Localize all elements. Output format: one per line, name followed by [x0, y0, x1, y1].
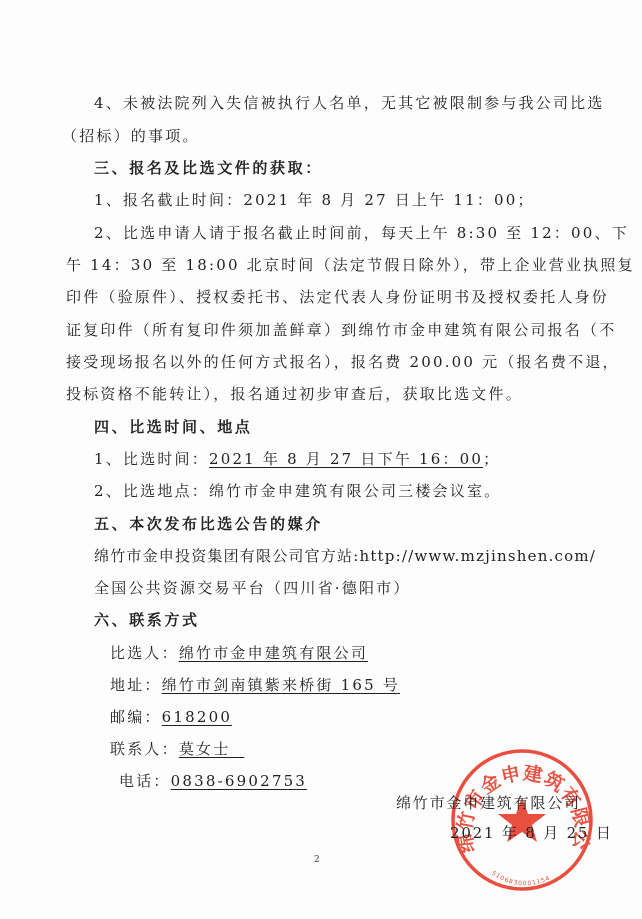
phone-label: 电话：: [119, 772, 171, 790]
bid-time-value: 2021 年 8 月 27 日下午 16：00: [209, 450, 483, 468]
tenderer-value: 绵竹市金申建筑有限公司: [179, 644, 368, 662]
paragraph-item4-line2: （招标）的事项。: [62, 126, 200, 146]
signature-date: 2021 年 8 月 25 日: [450, 822, 613, 843]
tenderer-label: 比选人：: [110, 644, 179, 662]
section-6-heading: 六、联系方式: [94, 610, 200, 630]
section-3-item-1: 1、报名截止时间：2021 年 8 月 27 日上午 11：00；: [94, 190, 535, 210]
person-value: 莫女士: [179, 740, 231, 758]
paragraph-item4-line1: 4、未被法院列入失信被执行人名单，无其它被限制参与我公司比选: [94, 93, 605, 113]
address-value: 绵竹市剑南镇紫来桥街 165 号: [162, 676, 400, 694]
company-seal-icon: 绵竹市金申建筑有限公司 5106830001154: [447, 745, 597, 895]
signature-company: 绵竹市金申建筑有限公司: [396, 792, 581, 813]
phone-value: 0838-6902753: [171, 772, 307, 790]
section-3-item-2-line5: 接受现场报名以外的任何方式报名），报名费 200.00 元（报名费不退，: [66, 352, 620, 372]
section-3-heading: 三、报名及比选文件的获取：: [94, 158, 323, 178]
bid-time-end: ；: [483, 450, 500, 468]
contact-address: 地址：绵竹市剑南镇紫来桥街 165 号: [110, 675, 400, 695]
postcode-label: 邮编：: [110, 708, 162, 726]
section-3-item-2-line3: 印件（验原件）、授权委托书、法定代表人身份证明书及授权委托人身份: [66, 287, 609, 307]
section-5-website: 绵竹市金申投资集团有限公司官方站:http://www.mzjinshen.co…: [94, 546, 596, 566]
section-3-item-2-line4: 证复印件（所有复印件须加盖鲜章）到绵竹市金申建筑有限公司报名（不: [66, 320, 616, 340]
section-3-item-2-line2: 午 14：30 至 18:00 北京时间（法定节假日除外），带上企业营业执照复: [66, 255, 635, 275]
section-4-item-1: 1、比选时间：2021 年 8 月 27 日下午 16：00；: [94, 449, 500, 469]
postcode-value: 618200: [162, 708, 232, 726]
document-page: 4、未被法院列入失信被执行人名单，无其它被限制参与我公司比选 （招标）的事项。 …: [0, 0, 642, 919]
section-5-heading: 五、本次发布比选公告的媒介: [94, 514, 323, 534]
section-4-heading: 四、比选时间、地点: [94, 417, 252, 437]
contact-tenderer: 比选人：绵竹市金申建筑有限公司: [110, 643, 368, 663]
section-4-item-2: 2、比选地点：绵竹市金申建筑有限公司三楼会议室。: [94, 481, 501, 501]
bid-time-label: 1、比选时间：: [94, 450, 209, 468]
person-label: 联系人：: [110, 740, 179, 758]
page-number: 2: [314, 855, 320, 865]
section-3-item-2-line1: 2、比选申请人请于报名截止时间前，每天上午 8:30 至 12：00、下: [94, 223, 629, 243]
address-label: 地址：: [110, 676, 162, 694]
contact-person: 联系人：莫女士: [110, 739, 244, 759]
section-3-item-2-line6: 投标资格不能转让），报名通过初步审查后，获取比选文件。: [66, 384, 523, 404]
section-5-platform: 全国公共资源交易平台（四川省·德阳市）: [94, 578, 411, 598]
contact-phone: 电话：0838-6902753: [119, 771, 307, 791]
contact-postcode: 邮编：618200: [110, 707, 232, 727]
